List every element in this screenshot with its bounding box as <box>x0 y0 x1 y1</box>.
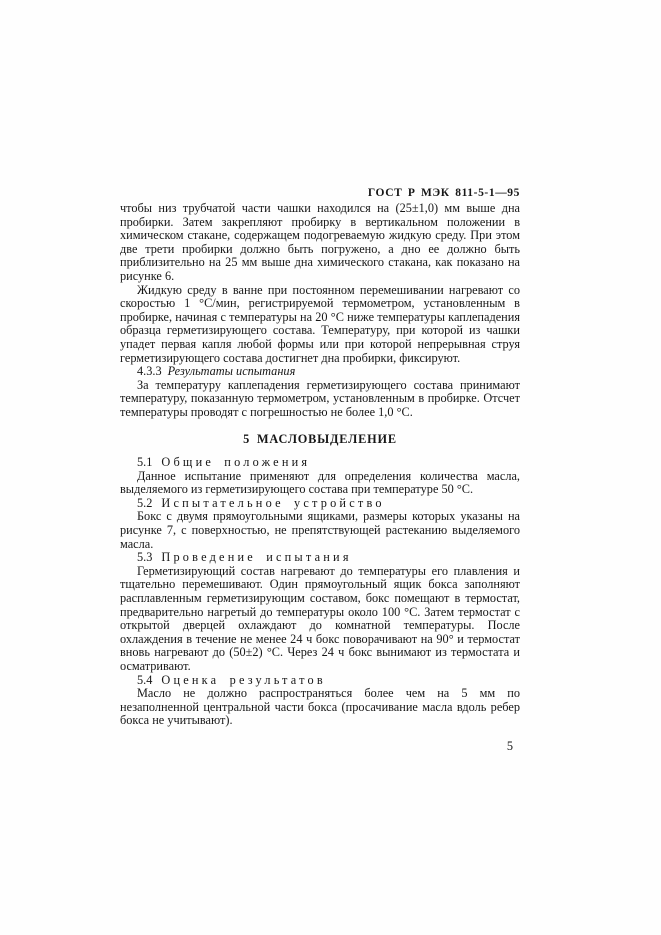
subheading-5-2-title: Испытательное устройство <box>161 496 384 510</box>
page-number: 5 <box>120 740 520 754</box>
subheading-5-1: 5.1Общие положения <box>120 456 520 470</box>
subheading-5-2-number: 5.2 <box>137 496 152 510</box>
section-5-heading: 5 МАСЛОВЫДЕЛЕНИЕ <box>120 433 520 447</box>
paragraph-results: За температуру каплепадения герметизирую… <box>120 379 520 420</box>
paragraph-5-4: Масло не должно распространяться более ч… <box>120 687 520 728</box>
subheading-5-1-title: Общие положения <box>161 455 310 469</box>
subheading-5-2: 5.2Испытательное устройство <box>120 497 520 511</box>
running-head: ГОСТ Р МЭК 811-5-1—95 <box>120 187 520 199</box>
heading-4-3-3-title: Результаты испытания <box>168 364 296 378</box>
paragraph-5-1: Данное испытание применяют для определен… <box>120 470 520 497</box>
subheading-5-4-title: Оценка результатов <box>161 673 326 687</box>
subheading-5-1-number: 5.1 <box>137 455 152 469</box>
heading-4-3-3: 4.3.3Результаты испытания <box>120 365 520 379</box>
document-page: ГОСТ Р МЭК 811-5-1—95 чтобы низ трубчато… <box>0 0 661 935</box>
paragraph-5-2: Бокс с двумя прямоугольными ящиками, раз… <box>120 510 520 551</box>
paragraph-heating-procedure: Жидкую среду в ванне при постоянном пере… <box>120 284 520 366</box>
paragraph-continuation: чтобы низ трубчатой части чашки находилс… <box>120 202 520 284</box>
subheading-5-4-number: 5.4 <box>137 673 152 687</box>
subheading-5-3-number: 5.3 <box>137 550 152 564</box>
subheading-5-3: 5.3Проведение испытания <box>120 551 520 565</box>
paragraph-5-3: Герметизирующий состав нагревают до темп… <box>120 565 520 674</box>
heading-4-3-3-number: 4.3.3 <box>137 364 162 378</box>
subheading-5-3-title: Проведение испытания <box>161 550 351 564</box>
text-block: чтобы низ трубчатой части чашки находилс… <box>120 202 520 754</box>
subheading-5-4: 5.4Оценка результатов <box>120 674 520 688</box>
